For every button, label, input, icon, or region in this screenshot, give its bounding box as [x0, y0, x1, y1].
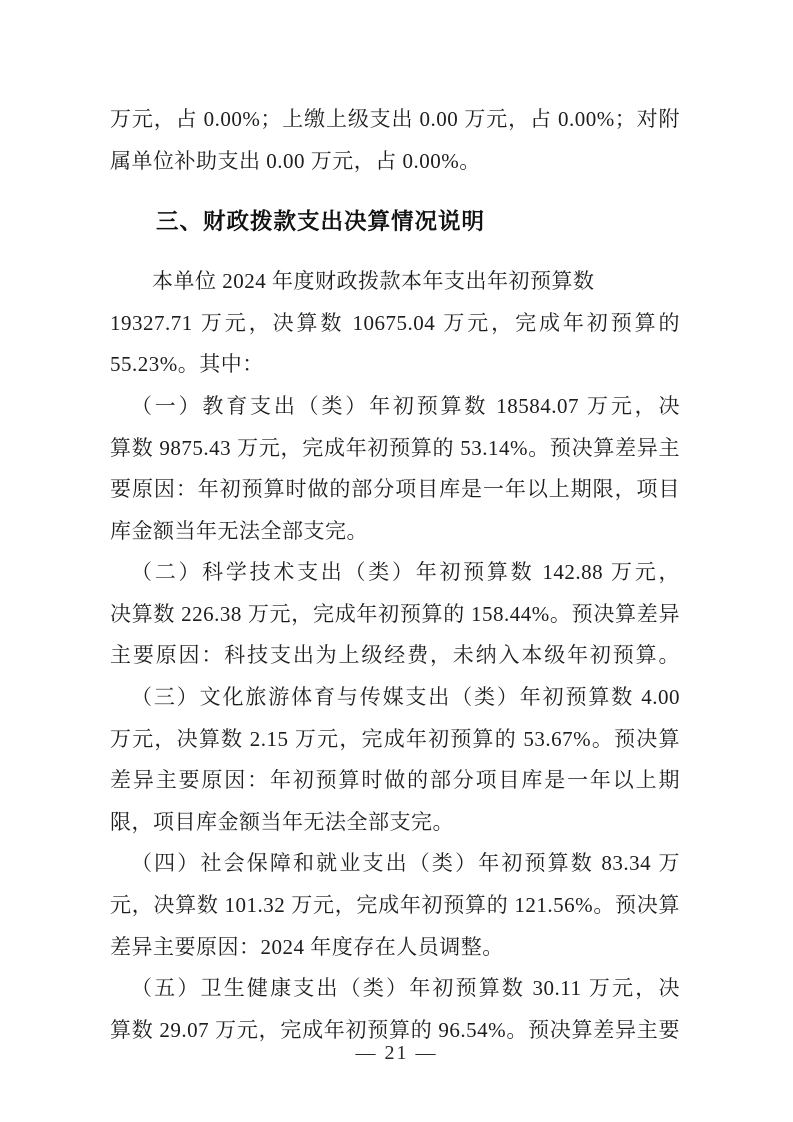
body-line: 55.23%。其中： [110, 344, 680, 386]
body-line: （四）社会保障和就业支出（类）年初预算数 83.34 万 [110, 843, 680, 885]
paragraph-item-4-social-security-employment: （四）社会保障和就业支出（类）年初预算数 83.34 万 元，决算数 101.3… [110, 843, 680, 968]
body-line: 库金额当年无法全部支完。 [110, 511, 680, 553]
body-line: 要原因：年初预算时做的部分项目库是一年以上期限，项目 [110, 469, 680, 511]
body-line: （五）卫生健康支出（类）年初预算数 30.11 万元，决 [110, 968, 680, 1010]
section-heading: 三、财政拨款支出决算情况说明 [110, 201, 680, 243]
body-line: 19327.71 万元，决算数 10675.04 万元，完成年初预算的 [110, 303, 680, 345]
body-line: 元，决算数 101.32 万元，完成年初预算的 121.56%。预决算 [110, 885, 680, 927]
body-line: 决算数 226.38 万元，完成年初预算的 158.44%。预决算差异 [110, 594, 680, 636]
paragraph-item-5-health: （五）卫生健康支出（类）年初预算数 30.11 万元，决 算数 29.07 万元… [110, 968, 680, 1051]
body-line: （二）科学技术支出（类）年初预算数 142.88 万元， [110, 552, 680, 594]
body-line: （一）教育支出（类）年初预算数 18584.07 万元，决 [110, 386, 680, 428]
page-number: — 21 — [356, 1042, 438, 1064]
paragraph-overview: 本单位 2024 年度财政拨款本年支出年初预算数 19327.71 万元，决算数… [110, 261, 680, 386]
paragraph-item-3-culture-tourism-sports-media: （三）文化旅游体育与传媒支出（类）年初预算数 4.00 万元，决算数 2.15 … [110, 677, 680, 843]
paragraph-continuation: 万元，占 0.00%；上缴上级支出 0.00 万元，占 0.00%；对附 属单位… [110, 99, 680, 182]
body-line: 万元，占 0.00%；上缴上级支出 0.00 万元，占 0.00%；对附 [110, 99, 680, 141]
paragraph-item-2-science-technology: （二）科学技术支出（类）年初预算数 142.88 万元， 决算数 226.38 … [110, 552, 680, 677]
body-line: 属单位补助支出 0.00 万元，占 0.00%。 [110, 141, 680, 183]
paragraph-item-1-education: （一）教育支出（类）年初预算数 18584.07 万元，决 算数 9875.43… [110, 386, 680, 552]
document-page: 万元，占 0.00%；上缴上级支出 0.00 万元，占 0.00%；对附 属单位… [0, 0, 793, 1122]
body-line: 万元，决算数 2.15 万元，完成年初预算的 53.67%。预决算 [110, 719, 680, 761]
body-line: 差异主要原因：年初预算时做的部分项目库是一年以上期 [110, 760, 680, 802]
body-line: （三）文化旅游体育与传媒支出（类）年初预算数 4.00 [110, 677, 680, 719]
document-body: 万元，占 0.00%；上缴上级支出 0.00 万元，占 0.00%；对附 属单位… [110, 99, 680, 1051]
body-line: 算数 9875.43 万元，完成年初预算的 53.14%。预决算差异主 [110, 428, 680, 470]
body-line: 限，项目库金额当年无法全部支完。 [110, 802, 680, 844]
body-line: 差异主要原因：2024 年度存在人员调整。 [110, 927, 680, 969]
page-footer: — 21 — [0, 1041, 793, 1065]
body-line: 主要原因：科技支出为上级经费，未纳入本级年初预算。 [110, 635, 680, 677]
body-line: 本单位 2024 年度财政拨款本年支出年初预算数 [110, 261, 680, 303]
